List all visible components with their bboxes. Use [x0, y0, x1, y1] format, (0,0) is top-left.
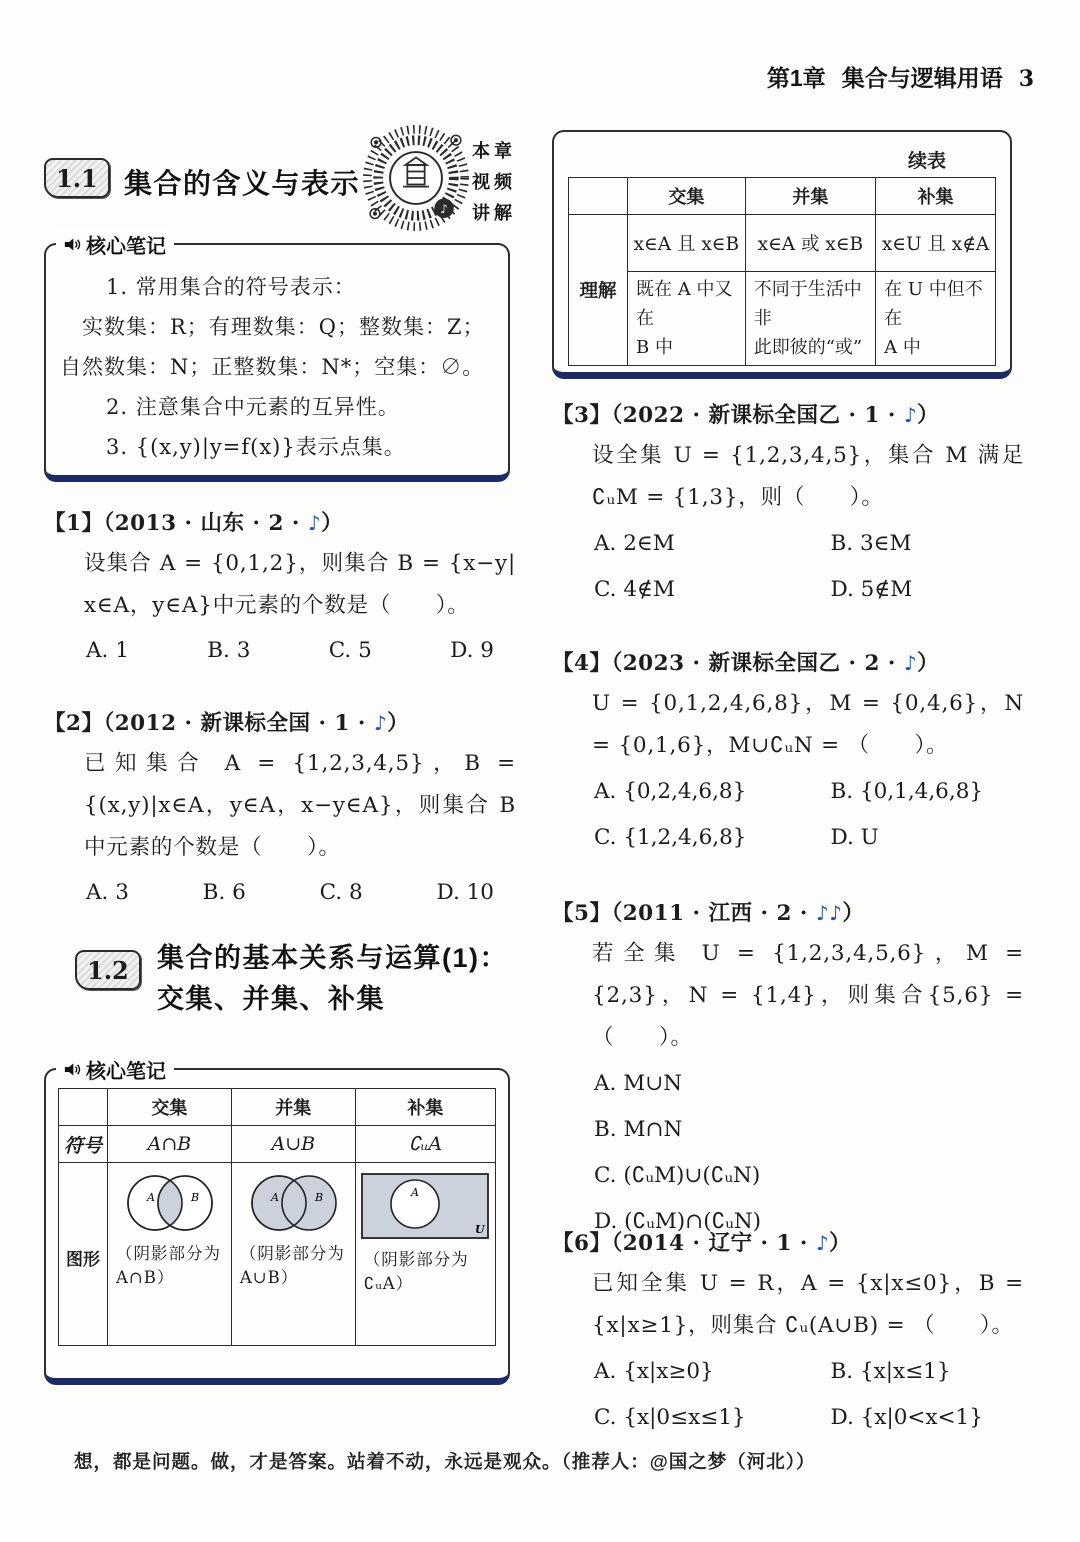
problem-source-close: ） [917, 403, 939, 428]
row-label-understanding: 理解 [569, 215, 628, 366]
def-union: x∈A 或 x∈B [745, 215, 875, 272]
note-line: 2. 注意集合中元素的互异性。 [60, 387, 496, 427]
section-title-1-2-line1: 集合的基本关系与运算(1)： [157, 938, 535, 979]
option-b: B. 3∈M [831, 521, 1025, 567]
note-line: 1. 常用集合的符号表示： [60, 267, 496, 307]
video-caption-line: 讲解 [472, 198, 516, 229]
option-d: D. U [831, 815, 1025, 861]
problem-body: 若全集 U = {1,2,3,4,5,6}，M = {2,3}，N = {1,4… [592, 933, 1024, 1059]
col-header-complement: 补集 [876, 178, 996, 215]
pagoda-logo-icon [403, 157, 429, 186]
note-line: 3. {(x,y)|y=f(x)}表示点集。 [60, 427, 496, 467]
problem-options: A. 1 B. 3 C. 5 D. 9 [86, 629, 494, 673]
option-a: A. {x|x≥0} [594, 1349, 831, 1395]
option-a: A. M∪N [594, 1061, 1024, 1107]
row-label-symbol: 符号 [59, 1126, 108, 1163]
core-note-label: 核心笔记 [86, 1055, 166, 1084]
venn-caption: （阴影部分为 A∪B） [234, 1240, 353, 1290]
option-c: C. {1,2,4,6,8} [594, 815, 831, 861]
option-c: C. 4∉M [594, 567, 831, 613]
section-title-1-2-line2: 交集、并集、补集 [157, 979, 535, 1020]
video-note-icon: ♪♪ [816, 901, 843, 925]
speaker-icon [64, 236, 81, 253]
problem-id: 【3】 [552, 403, 611, 428]
chapter-title: 集合与逻辑用语 [842, 60, 1003, 93]
problem-6: 【6】（2014 · 辽宁 · 1 · ♪） 已知全集 U = R，A = {x… [552, 1226, 1024, 1441]
problem-1: 【1】（2013 · 山东 · 2 · ♪） 设集合 A = {0,1,2}，则… [44, 506, 516, 673]
svg-text:♪: ♪ [440, 202, 448, 216]
problem-source: 【3】（2022 · 新课标全国乙 · 1 · ♪） [552, 398, 1024, 429]
core-note-box-1: 核心笔记 1. 常用集合的符号表示： 实数集：R；有理数集：Q；整数集：Z； 自… [44, 243, 510, 482]
problem-source: 【2】（2012 · 新课标全国 · 1 · ♪） [44, 706, 516, 737]
option-a: A. 2∈M [594, 521, 831, 567]
def-intersection: x∈A 且 x∈B [628, 215, 746, 272]
problem-id: 【2】 [44, 711, 103, 736]
option-a: A. 1 [86, 629, 129, 673]
video-caption: 本章 视频 讲解 [472, 136, 516, 229]
problem-source-text: （2014 · 辽宁 · 1 · [611, 1231, 815, 1256]
option-b: B. M∩N [594, 1107, 1024, 1153]
section-1-2: 1.2 集合的基本关系与运算(1)： 交集、并集、补集 [75, 938, 535, 1020]
video-note-icon: ♪ [308, 511, 321, 535]
col-header-complement: 补集 [355, 1089, 495, 1126]
video-note-icon: ♪ [904, 651, 917, 675]
problem-body: U = {0,1,2,4,6,8}，M = {0,4,6}，N = {0,1,6… [592, 683, 1024, 767]
option-c: C. (∁ᵤM)∪(∁ᵤN) [594, 1153, 1024, 1199]
continuation-caption: 续表 [554, 132, 1010, 177]
option-d: D. {x|0<x<1} [831, 1395, 1025, 1441]
explain-intersection: 既在 A 中又在 B 中 [628, 272, 746, 366]
col-header-union: 并集 [231, 1089, 355, 1126]
video-caption-line: 本章 [472, 136, 516, 167]
explain-complement: 在 U 中但不在 A 中 [876, 272, 996, 366]
core-note-tag: 核心笔记 [56, 230, 174, 259]
option-b: B. {x|x≤1} [831, 1349, 1025, 1395]
col-header-union: 并集 [745, 178, 875, 215]
option-a: A. {0,2,4,6,8} [594, 769, 831, 815]
symbol-complement: ∁ᵤA [355, 1126, 495, 1163]
set-operations-table: 交集 并集 补集 符号 A∩B A∪B ∁ᵤA 图形 [58, 1088, 496, 1346]
option-c: C. 5 [329, 629, 372, 673]
svg-text:B: B [190, 1191, 199, 1204]
problem-5: 【5】（2011 · 江西 · 2 · ♪♪） 若全集 U = {1,2,3,4… [552, 896, 1024, 1245]
option-d: D. 10 [436, 871, 494, 915]
problem-3: 【3】（2022 · 新课标全国乙 · 1 · ♪） 设全集 U = {1,2,… [552, 398, 1024, 613]
svg-text:A: A [146, 1191, 155, 1204]
problem-id: 【1】 [44, 511, 103, 536]
problem-source-close: ） [387, 711, 409, 736]
option-d: D. 5∉M [831, 567, 1025, 613]
section-badge-1-1: 1.1 [44, 158, 110, 198]
core-note-tag: 核心笔记 [56, 1055, 174, 1084]
problem-body: 设集合 A = {0,1,2}，则集合 B = {x−y| x∈A，y∈A}中元… [84, 543, 516, 627]
note-line: 实数集：R；有理数集：Q；整数集：Z； [60, 307, 496, 347]
row-label-diagram: 图形 [59, 1163, 108, 1346]
problem-body: 已知集合 A = {1,2,3,4,5}，B = {(x,y)|x∈A，y∈A，… [84, 743, 516, 869]
problem-source-close: ） [321, 511, 343, 536]
def-complement: x∈U 且 x∉A [876, 215, 996, 272]
problem-4: 【4】（2023 · 新课标全国乙 · 2 · ♪） U = {0,1,2,4,… [552, 646, 1024, 861]
option-a: A. 3 [86, 871, 129, 915]
problem-body: 已知全集 U = R，A = {x|x≤0}，B = {x|x≥1}，则集合 ∁… [592, 1263, 1024, 1347]
col-header-intersection: 交集 [108, 1089, 232, 1126]
problem-source: 【1】（2013 · 山东 · 2 · ♪） [44, 506, 516, 537]
svg-text:U: U [475, 1223, 486, 1236]
table-corner-cell [569, 178, 628, 215]
venn-caption: （阴影部分为 A∩B） [110, 1240, 229, 1290]
continuation-table-box: 续表 交集 并集 补集 理解 x∈A 且 x∈B x∈A 或 x∈B x∈U 且… [552, 130, 1012, 379]
problem-id: 【4】 [552, 651, 611, 676]
video-note-icon: ♪ [374, 711, 387, 735]
problem-id: 【5】 [552, 901, 611, 926]
venn-union-diagram: A B [235, 1171, 351, 1235]
problem-options: A. M∪N B. M∩N C. (∁ᵤM)∪(∁ᵤN) D. (∁ᵤM)∩(∁… [594, 1061, 1024, 1245]
note-line: 自然数集：N；正整数集：N*；空集：∅。 [60, 347, 496, 387]
problem-source-text: （2023 · 新课标全国乙 · 2 · [611, 651, 903, 676]
option-b: B. 3 [207, 629, 250, 673]
problem-source-text: （2013 · 山东 · 2 · [103, 511, 307, 536]
problem-source-close: ） [917, 651, 939, 676]
problem-options: A. {0,2,4,6,8} B. {0,1,4,6,8} C. {1,2,4,… [594, 769, 1024, 861]
problem-body: 设全集 U = {1,2,3,4,5}，集合 M 满足 ∁ᵤM = {1,3}，… [592, 435, 1024, 519]
problem-source: 【5】（2011 · 江西 · 2 · ♪♪） [552, 896, 1024, 927]
video-note-icon: ♪ [904, 403, 917, 427]
svg-text:A: A [270, 1191, 279, 1204]
option-b: B. {0,1,4,6,8} [831, 769, 1025, 815]
problem-id: 【6】 [552, 1231, 611, 1256]
chapter-label: 第1章 [767, 60, 826, 93]
symbol-union: A∪B [231, 1126, 355, 1163]
explain-union: 不同于生活中非 此即彼的“或” [745, 272, 875, 366]
venn-intersection-cell: A B （阴影部分为 A∩B） [108, 1163, 232, 1346]
page-header: 第1章 集合与逻辑用语 3 [767, 60, 1034, 93]
problem-source: 【4】（2023 · 新课标全国乙 · 2 · ♪） [552, 646, 1024, 677]
video-caption-line: 视频 [472, 167, 516, 198]
music-note-icon: ♪ [434, 199, 453, 218]
option-c: C. 8 [320, 871, 363, 915]
textbook-page: 第1章 集合与逻辑用语 3 1.1 集合的含义与表示 [0, 0, 1080, 1542]
venn-union-cell: A B （阴影部分为 A∪B） [231, 1163, 355, 1346]
core-note-label: 核心笔记 [86, 230, 166, 259]
section-1-1: 1.1 集合的含义与表示 ♪ 本章 [42, 120, 520, 242]
problem-options: A. 2∈M B. 3∈M C. 4∉M D. 5∉M [594, 521, 1024, 613]
problem-source-text: （2012 · 新课标全国 · 1 · [103, 711, 373, 736]
problem-source-text: （2011 · 江西 · 2 · [611, 901, 815, 926]
problem-source-close: ） [842, 901, 864, 926]
venn-complement-cell: A U （阴影部分为 ∁ᵤA） [355, 1163, 495, 1346]
problem-source-close: ） [829, 1231, 851, 1256]
symbol-intersection: A∩B [108, 1126, 232, 1163]
core-note-1-content: 1. 常用集合的符号表示： 实数集：R；有理数集：Q；整数集：Z； 自然数集：N… [46, 245, 508, 467]
problem-options: A. {x|x≥0} B. {x|x≤1} C. {x|0≤x≤1} D. {x… [594, 1349, 1024, 1441]
section-badge-1-2: 1.2 [75, 950, 141, 990]
col-header-intersection: 交集 [628, 178, 746, 215]
option-c: C. {x|0≤x≤1} [594, 1395, 831, 1441]
section-title-1-1: 集合的含义与表示 [124, 162, 360, 202]
venn-complement-diagram: A U [359, 1171, 491, 1241]
video-note-icon: ♪ [816, 1231, 829, 1255]
option-b: B. 6 [203, 871, 246, 915]
venn-caption: （阴影部分为 ∁ᵤA） [358, 1246, 493, 1296]
core-note-box-2: 核心笔记 交集 并集 补集 符号 A∩B A∪B ∁ᵤA 图形 [44, 1068, 510, 1385]
venn-intersection-diagram: A B [111, 1171, 227, 1235]
problem-2: 【2】（2012 · 新课标全国 · 1 · ♪） 已知集合 A = {1,2,… [44, 706, 516, 915]
svg-text:B: B [314, 1191, 323, 1204]
problem-options: A. 3 B. 6 C. 8 D. 10 [86, 871, 494, 915]
problem-source-text: （2022 · 新课标全国乙 · 1 · [611, 403, 903, 428]
svg-text:A: A [410, 1186, 419, 1199]
footer-quote: 想，都是问题。做，才是答案。站着不动，永远是观众。（推荐人：@国之梦（河北）） [74, 1448, 816, 1474]
option-d: D. 9 [450, 629, 494, 673]
problem-source: 【6】（2014 · 辽宁 · 1 · ♪） [552, 1226, 1024, 1257]
qr-code: ♪ [362, 124, 470, 232]
speaker-icon [64, 1061, 81, 1078]
page-number: 3 [1019, 66, 1034, 92]
table-corner-cell [59, 1089, 108, 1126]
understanding-table: 交集 并集 补集 理解 x∈A 且 x∈B x∈A 或 x∈B x∈U 且 x∉… [568, 177, 996, 366]
